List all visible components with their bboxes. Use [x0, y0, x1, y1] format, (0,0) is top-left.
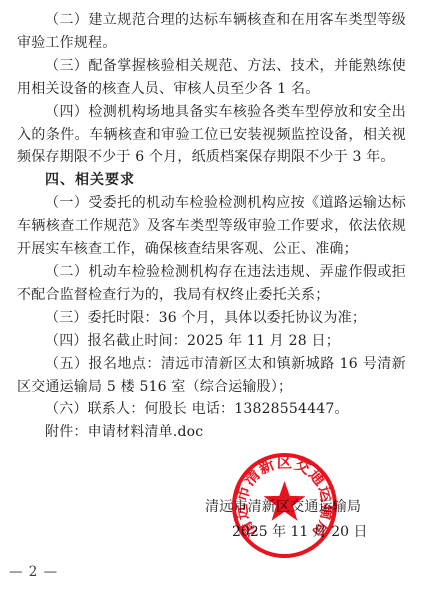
paragraph-item-3: （三）配备掌握核验相关规范、方法、技术，并能熟练使用相关设备的核查人员、审核人员…	[17, 55, 406, 101]
document-page: （二）建立规范合理的达标车辆核查和在用客车类型等级审验工作规程。 （三）配备掌握…	[0, 0, 423, 600]
section-heading: 四、相关要求	[17, 169, 406, 192]
requirement-item-1: （一）受委托的机动车检验检测机构应按《道路运输达标车辆核查工作规范》及客车类型等…	[17, 192, 406, 261]
requirement-item-4: （四）报名截止时间：2025 年 11 月 28 日；	[17, 330, 406, 353]
paragraph-item-2: （二）建立规范合理的达标车辆核查和在用客车类型等级审验工作规程。	[17, 9, 406, 55]
requirement-item-6: （六）联系人：何股长 电话：13828554447。	[17, 398, 406, 421]
paragraph-item-4: （四）检测机构场地具备实车核验各类车型停放和安全出入的条件。车辆核查和审验工位已…	[17, 101, 406, 170]
requirement-item-3: （三）委托时限：36 个月，具体以委托协议为准；	[17, 307, 406, 330]
page-number: — 2 —	[9, 564, 58, 580]
attachment-line: 附件：申请材料清单.doc	[17, 421, 406, 444]
requirement-item-2: （二）机动车检验检测机构存在违法违规、弄虚作假或拒不配合监督检查行为的，我局有权…	[17, 261, 406, 307]
requirement-item-5: （五）报名地点：清远市清新区太和镇新城路 16 号清新区交通运输局 5 楼 51…	[17, 353, 406, 399]
star-icon	[264, 481, 306, 521]
document-body: （二）建立规范合理的达标车辆核查和在用客车类型等级审验工作规程。 （三）配备掌握…	[17, 9, 406, 444]
official-seal: 清远市清新区交通运输局	[231, 452, 338, 559]
